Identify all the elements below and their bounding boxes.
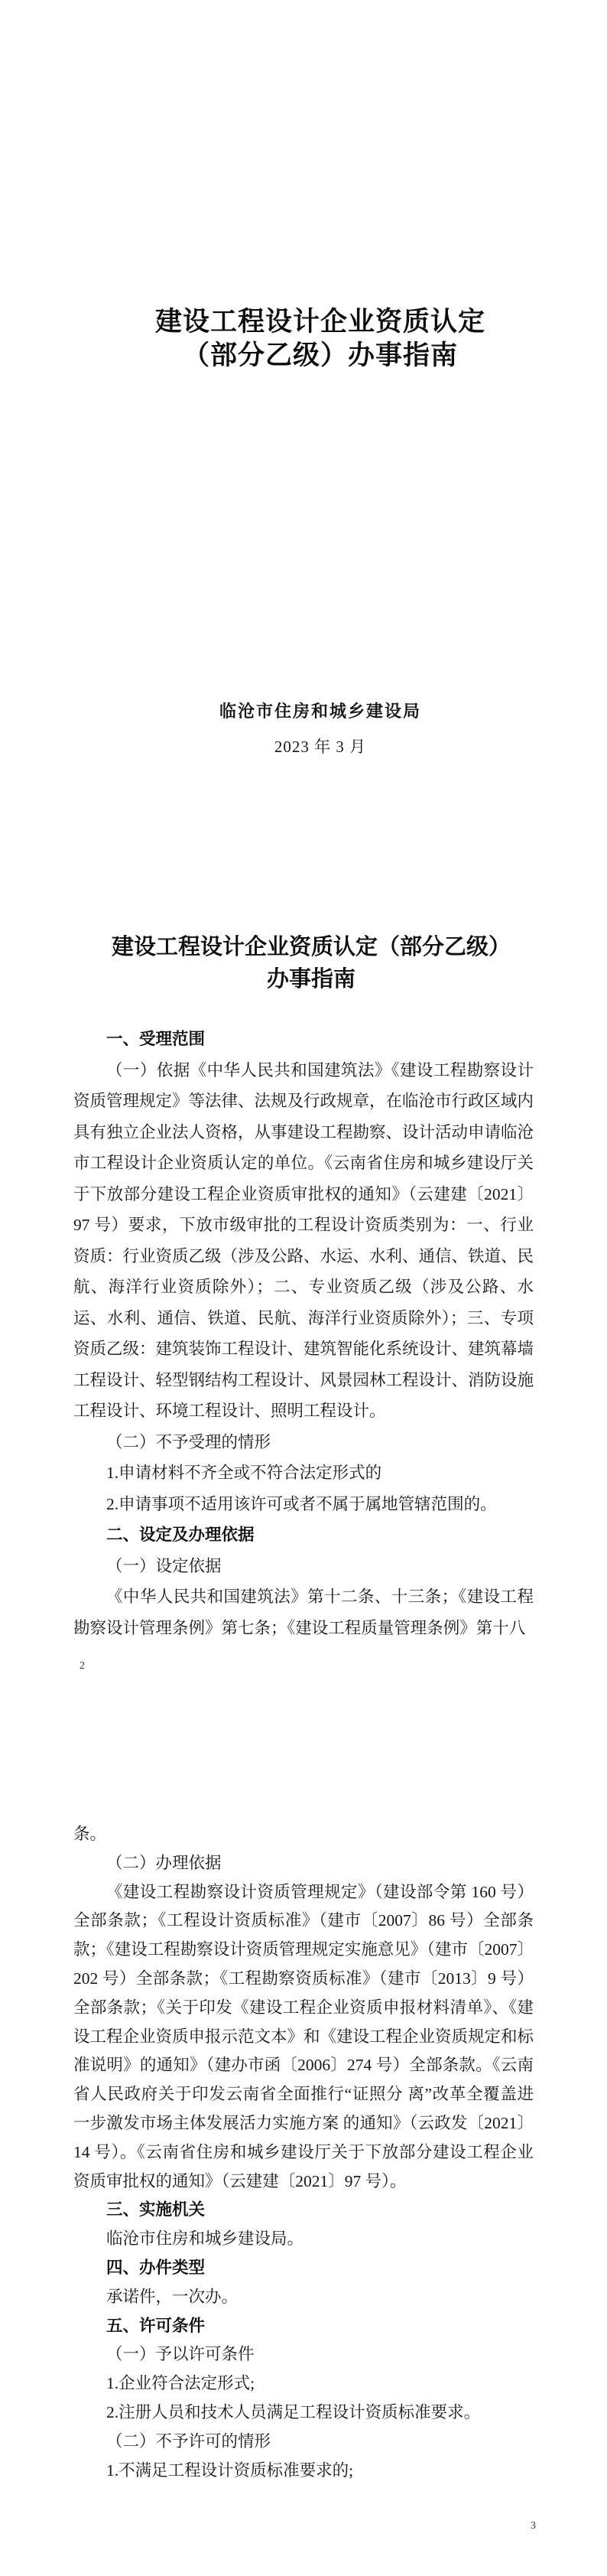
page3-body: 条。（二）办理依据《建设工程勘察设计资质管理规定》（建设部令第 160 号）全部… [73,1717,534,2485]
document-heading-line1: 建设工程设计企业资质认定（部分乙级） [8,931,607,963]
paragraph: 《中华人民共和国建筑法》第十二条、十三条；《建设工程勘察设计管理条例》第七条；《… [73,1581,534,1643]
paragraph: （二）不予受理的情形 [73,1427,534,1458]
document-heading: 建设工程设计企业资质认定（部分乙级） 办事指南 [8,858,607,995]
page-number-3: 3 [531,2520,536,2532]
document-page-2: 建设工程设计企业资质认定（部分乙级） 办事指南 一、受理范围（一）依据《中华人民… [0,858,607,1717]
document-page-3: 条。（二）办理依据《建设工程勘察设计资质管理规定》（建设部令第 160 号）全部… [0,1717,607,2576]
cover-title-line2: （部分乙级）办事指南 [17,339,607,373]
paragraph: 2.注册人员和技术人员满足工程设计资质标准要求。 [73,2399,534,2428]
paragraph: 条。 [73,1820,534,1849]
cover-title-line1: 建设工程设计企业资质认定 [17,305,607,339]
paragraph: 承诺件，一次办。 [73,2283,534,2312]
paragraph: 五、许可条件 [73,2312,534,2341]
paragraph: 1.不满足工程设计资质标准要求的; [73,2457,534,2486]
paragraph: 1.申请材料不齐全或不符合法定形式的 [73,1457,534,1489]
paragraph: （一）设定依据 [73,1551,534,1582]
paragraph: 二、设定及办理依据 [73,1519,534,1551]
document-heading-line2: 办事指南 [8,963,607,995]
paragraph: 一、受理范围 [73,1024,534,1055]
paragraph: 四、办件类型 [73,2254,534,2283]
cover-title: 建设工程设计企业资质认定 （部分乙级）办事指南 [17,0,607,373]
paragraph: （二）不予许可的情形 [73,2428,534,2457]
paragraph: 临沧市住房和城乡建设局。 [73,2225,534,2254]
paragraph: 2.申请事项不适用该许可或者不属于属地管辖范围的。 [73,1489,534,1520]
paragraph: 三、实施机关 [73,2196,534,2225]
cover-organization: 临沧市住房和城乡建设局 [17,700,607,723]
cover-date: 2023 年 3 月 [17,736,607,757]
paragraph: 《建设工程勘察设计资质管理规定》（建设部令第 160 号）全部条款；《工程设计资… [73,1878,534,2197]
paragraph: 1.企业符合法定形式; [73,2369,534,2399]
paragraph: （一）予以许可条件 [73,2340,534,2369]
paragraph: （一）依据《中华人民共和国建筑法》《建设工程勘察设计资质管理规定》等法律、法规及… [73,1055,534,1427]
cover-page: 建设工程设计企业资质认定 （部分乙级）办事指南 临沧市住房和城乡建设局 2023… [0,0,607,858]
page-number-2: 2 [80,1660,85,1672]
document-canvas: 建设工程设计企业资质认定 （部分乙级）办事指南 临沧市住房和城乡建设局 2023… [0,0,607,2576]
paragraph: （二）办理依据 [73,1849,534,1878]
page2-body: 一、受理范围（一）依据《中华人民共和国建筑法》《建设工程勘察设计资质管理规定》等… [73,1024,534,1643]
